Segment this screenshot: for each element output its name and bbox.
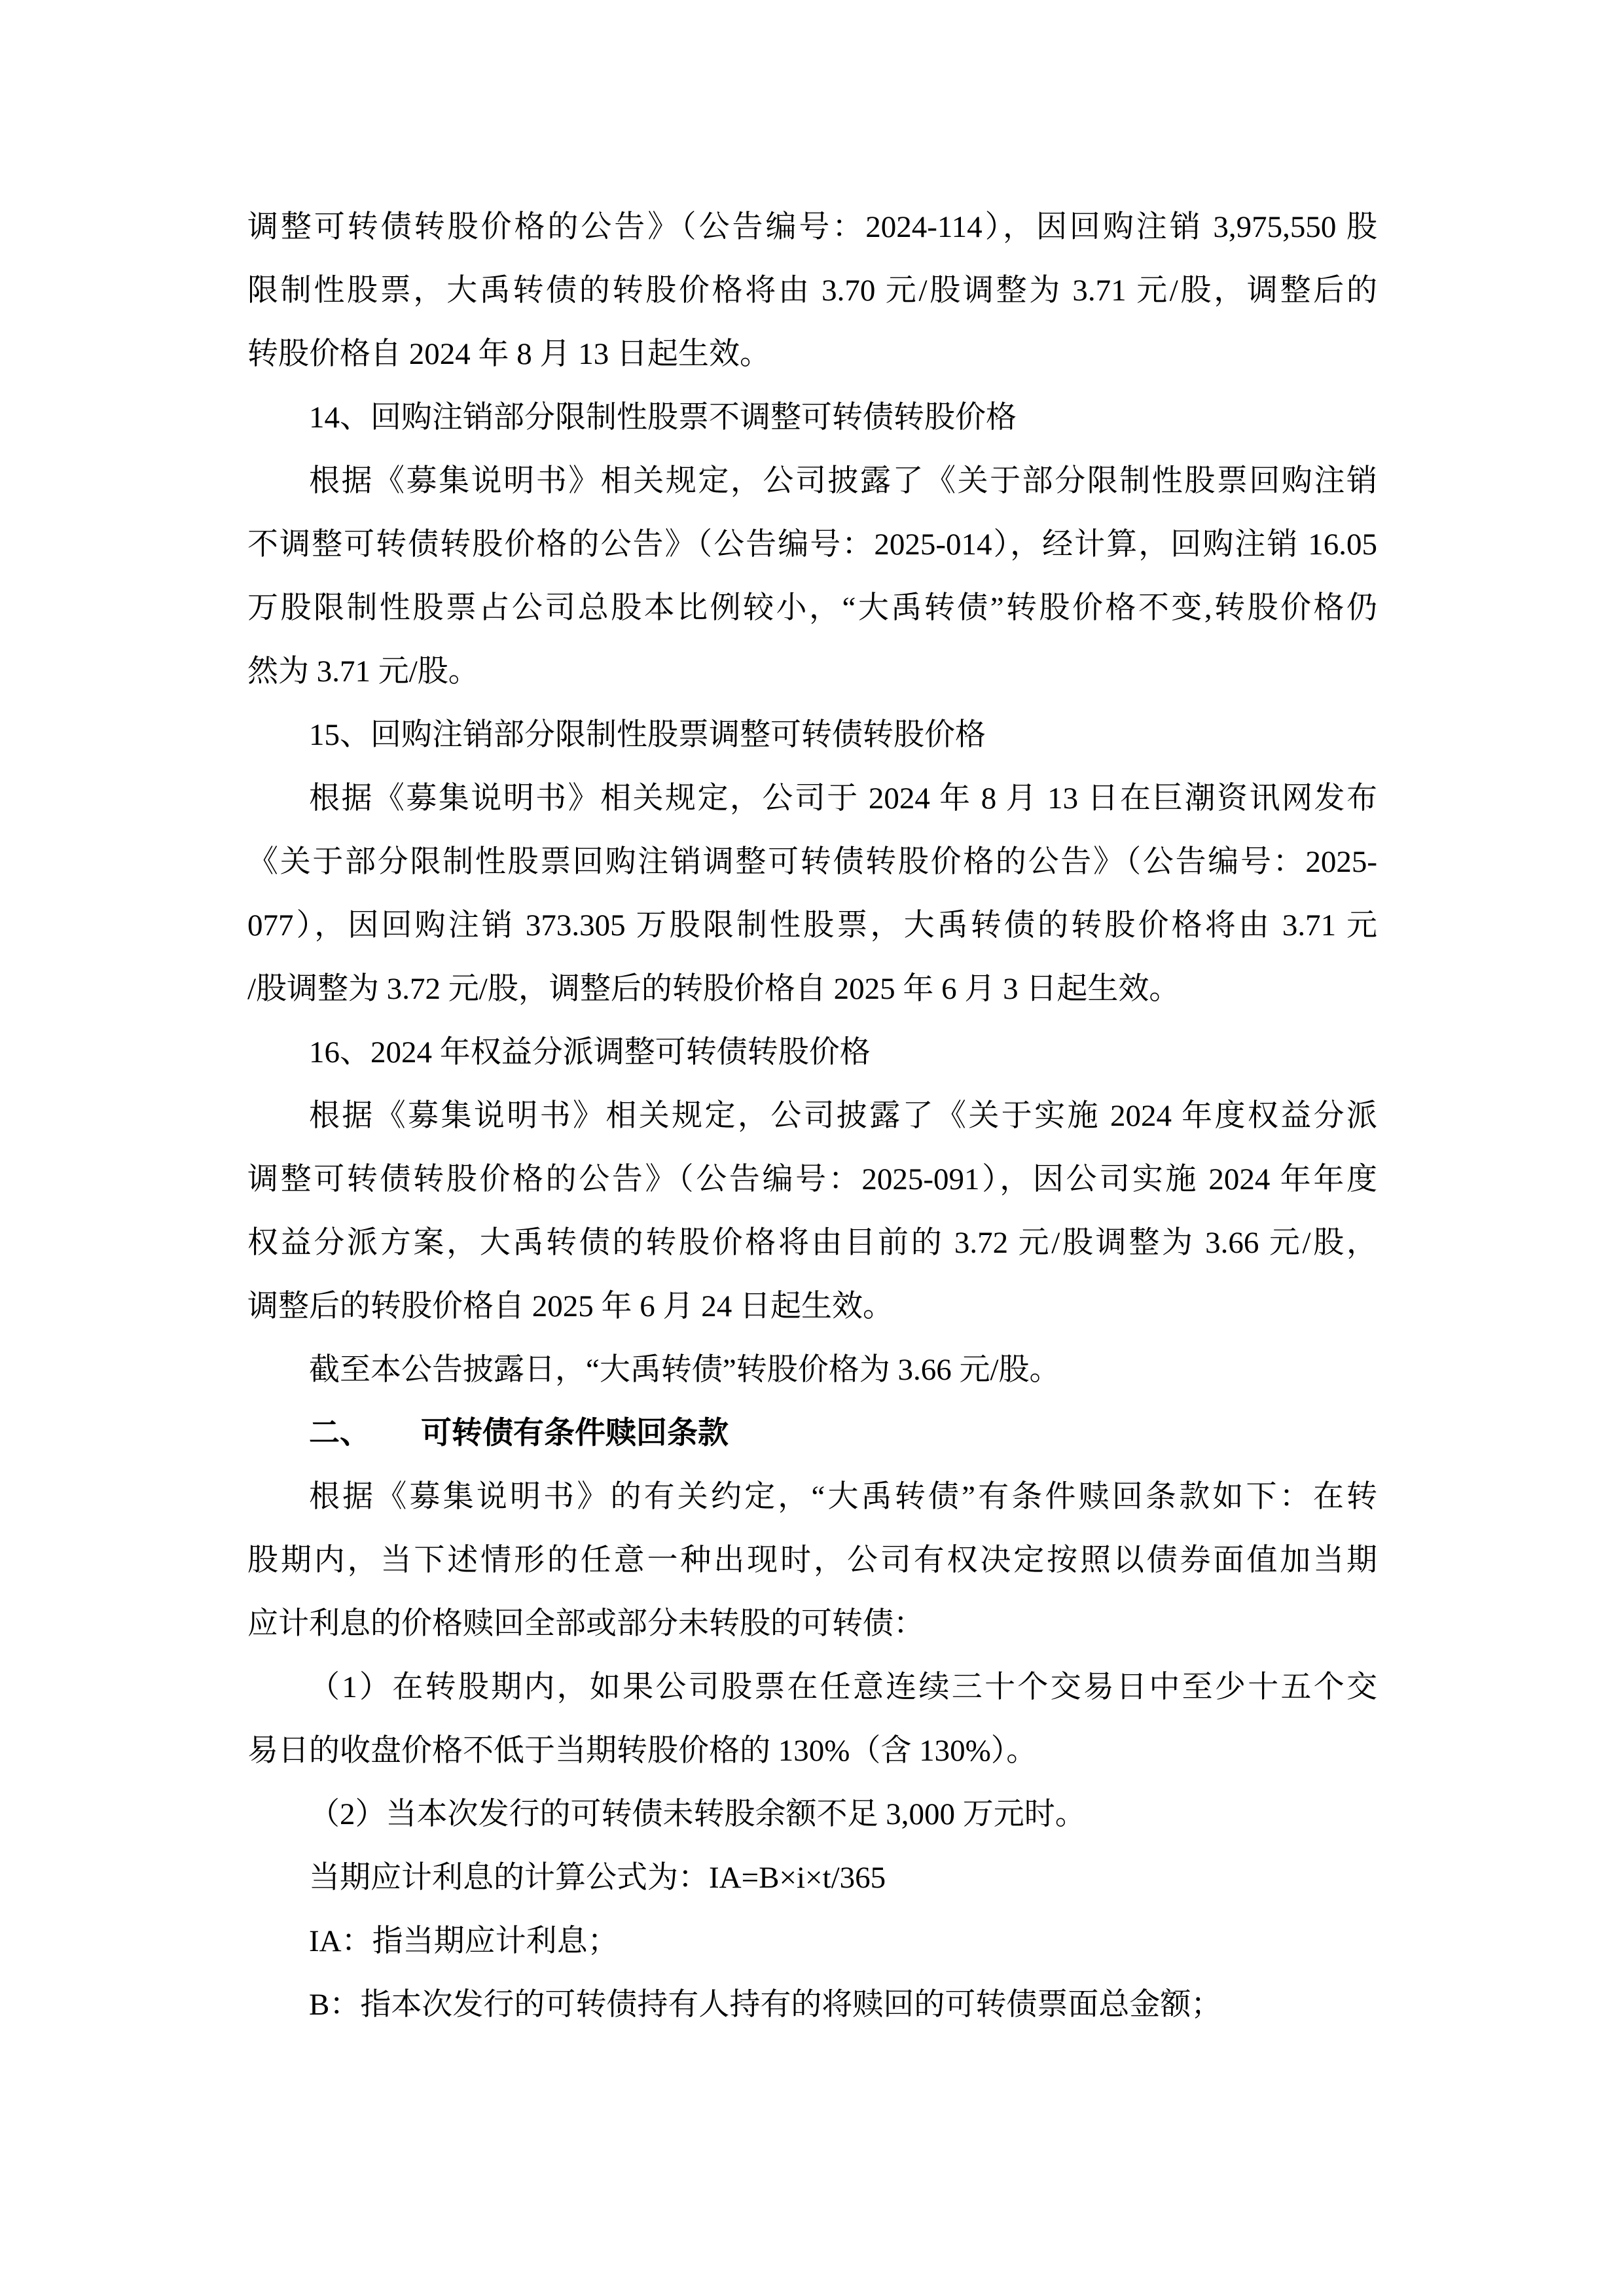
text-line: 不调整可转债转股价格的公告》（公告编号：2025-014），经计算，回购注销 1… bbox=[247, 513, 1377, 577]
text-line: 《关于部分限制性股票回购注销调整可转债转股价格的公告》（公告编号：2025- bbox=[247, 831, 1377, 894]
document-page: 调整可转债转股价格的公告》（公告编号：2024-114），因回购注销 3,975… bbox=[0, 0, 1624, 2296]
text-line: 万股限制性股票占公司总股本比例较小，“大禹转债”转股价格不变,转股价格仍 bbox=[247, 577, 1377, 640]
text-line: 调整可转债转股价格的公告》（公告编号：2025-091），因公司实施 2024 … bbox=[247, 1148, 1377, 1211]
text-line: 根据《募集说明书》相关规定，公司披露了《关于部分限制性股票回购注销 bbox=[247, 450, 1377, 513]
list-item-heading-16: 16、2024 年权益分派调整可转债转股价格 bbox=[247, 1021, 1377, 1085]
text-line: 权益分派方案，大禹转债的转股价格将由目前的 3.72 元/股调整为 3.66 元… bbox=[247, 1211, 1377, 1275]
section-2-title: 可转债有条件赎回条款 bbox=[421, 1416, 729, 1450]
list-item-heading-14: 14、回购注销部分限制性股票不调整可转债转股价格 bbox=[247, 386, 1377, 450]
document-body: 调整可转债转股价格的公告》（公告编号：2024-114），因回购注销 3,975… bbox=[247, 196, 1377, 2037]
section-2-heading: 二、可转债有条件赎回条款 bbox=[247, 1402, 1377, 1465]
text-line: 调整可转债转股价格的公告》（公告编号：2024-114），因回购注销 3,975… bbox=[247, 196, 1377, 259]
definition-line-b: B：指本次发行的可转债持有人持有的将赎回的可转债票面总金额； bbox=[247, 1973, 1377, 2037]
text-line: （1）在转股期内，如果公司股票在任意连续三十个交易日中至少十五个交 bbox=[247, 1656, 1377, 1719]
text-line: （2）当本次发行的可转债未转股余额不足 3,000 万元时。 bbox=[247, 1783, 1377, 1846]
text-line: 易日的收盘价格不低于当期转股价格的 130%（含 130%）。 bbox=[247, 1719, 1377, 1783]
definition-line-ia: IA：指当期应计利息； bbox=[247, 1910, 1377, 1973]
text-line: 限制性股票，大禹转债的转股价格将由 3.70 元/股调整为 3.71 元/股，调… bbox=[247, 259, 1377, 323]
list-item-heading-15: 15、回购注销部分限制性股票调整可转债转股价格 bbox=[247, 704, 1377, 767]
formula-line: 当期应计利息的计算公式为：IA=B×i×t/365 bbox=[247, 1846, 1377, 1910]
text-line: 应计利息的价格赎回全部或部分未转股的可转债： bbox=[247, 1592, 1377, 1656]
text-line: 根据《募集说明书》相关规定，公司披露了《关于实施 2024 年度权益分派 bbox=[247, 1085, 1377, 1148]
text-line: 股期内，当下述情形的任意一种出现时，公司有权决定按照以债券面值加当期 bbox=[247, 1529, 1377, 1592]
text-line: 然为 3.71 元/股。 bbox=[247, 640, 1377, 704]
text-line: /股调整为 3.72 元/股，调整后的转股价格自 2025 年 6 月 3 日起… bbox=[247, 958, 1377, 1021]
section-2-number: 二、 bbox=[309, 1416, 370, 1450]
text-line: 077），因回购注销 373.305 万股限制性股票，大禹转债的转股价格将由 3… bbox=[247, 894, 1377, 958]
text-line: 根据《募集说明书》相关规定，公司于 2024 年 8 月 13 日在巨潮资讯网发… bbox=[247, 767, 1377, 831]
text-line: 转股价格自 2024 年 8 月 13 日起生效。 bbox=[247, 323, 1377, 386]
text-line: 根据《募集说明书》的有关约定，“大禹转债”有条件赎回条款如下：在转 bbox=[247, 1465, 1377, 1529]
text-line: 截至本公告披露日，“大禹转债”转股价格为 3.66 元/股。 bbox=[247, 1338, 1377, 1402]
text-line: 调整后的转股价格自 2025 年 6 月 24 日起生效。 bbox=[247, 1275, 1377, 1338]
